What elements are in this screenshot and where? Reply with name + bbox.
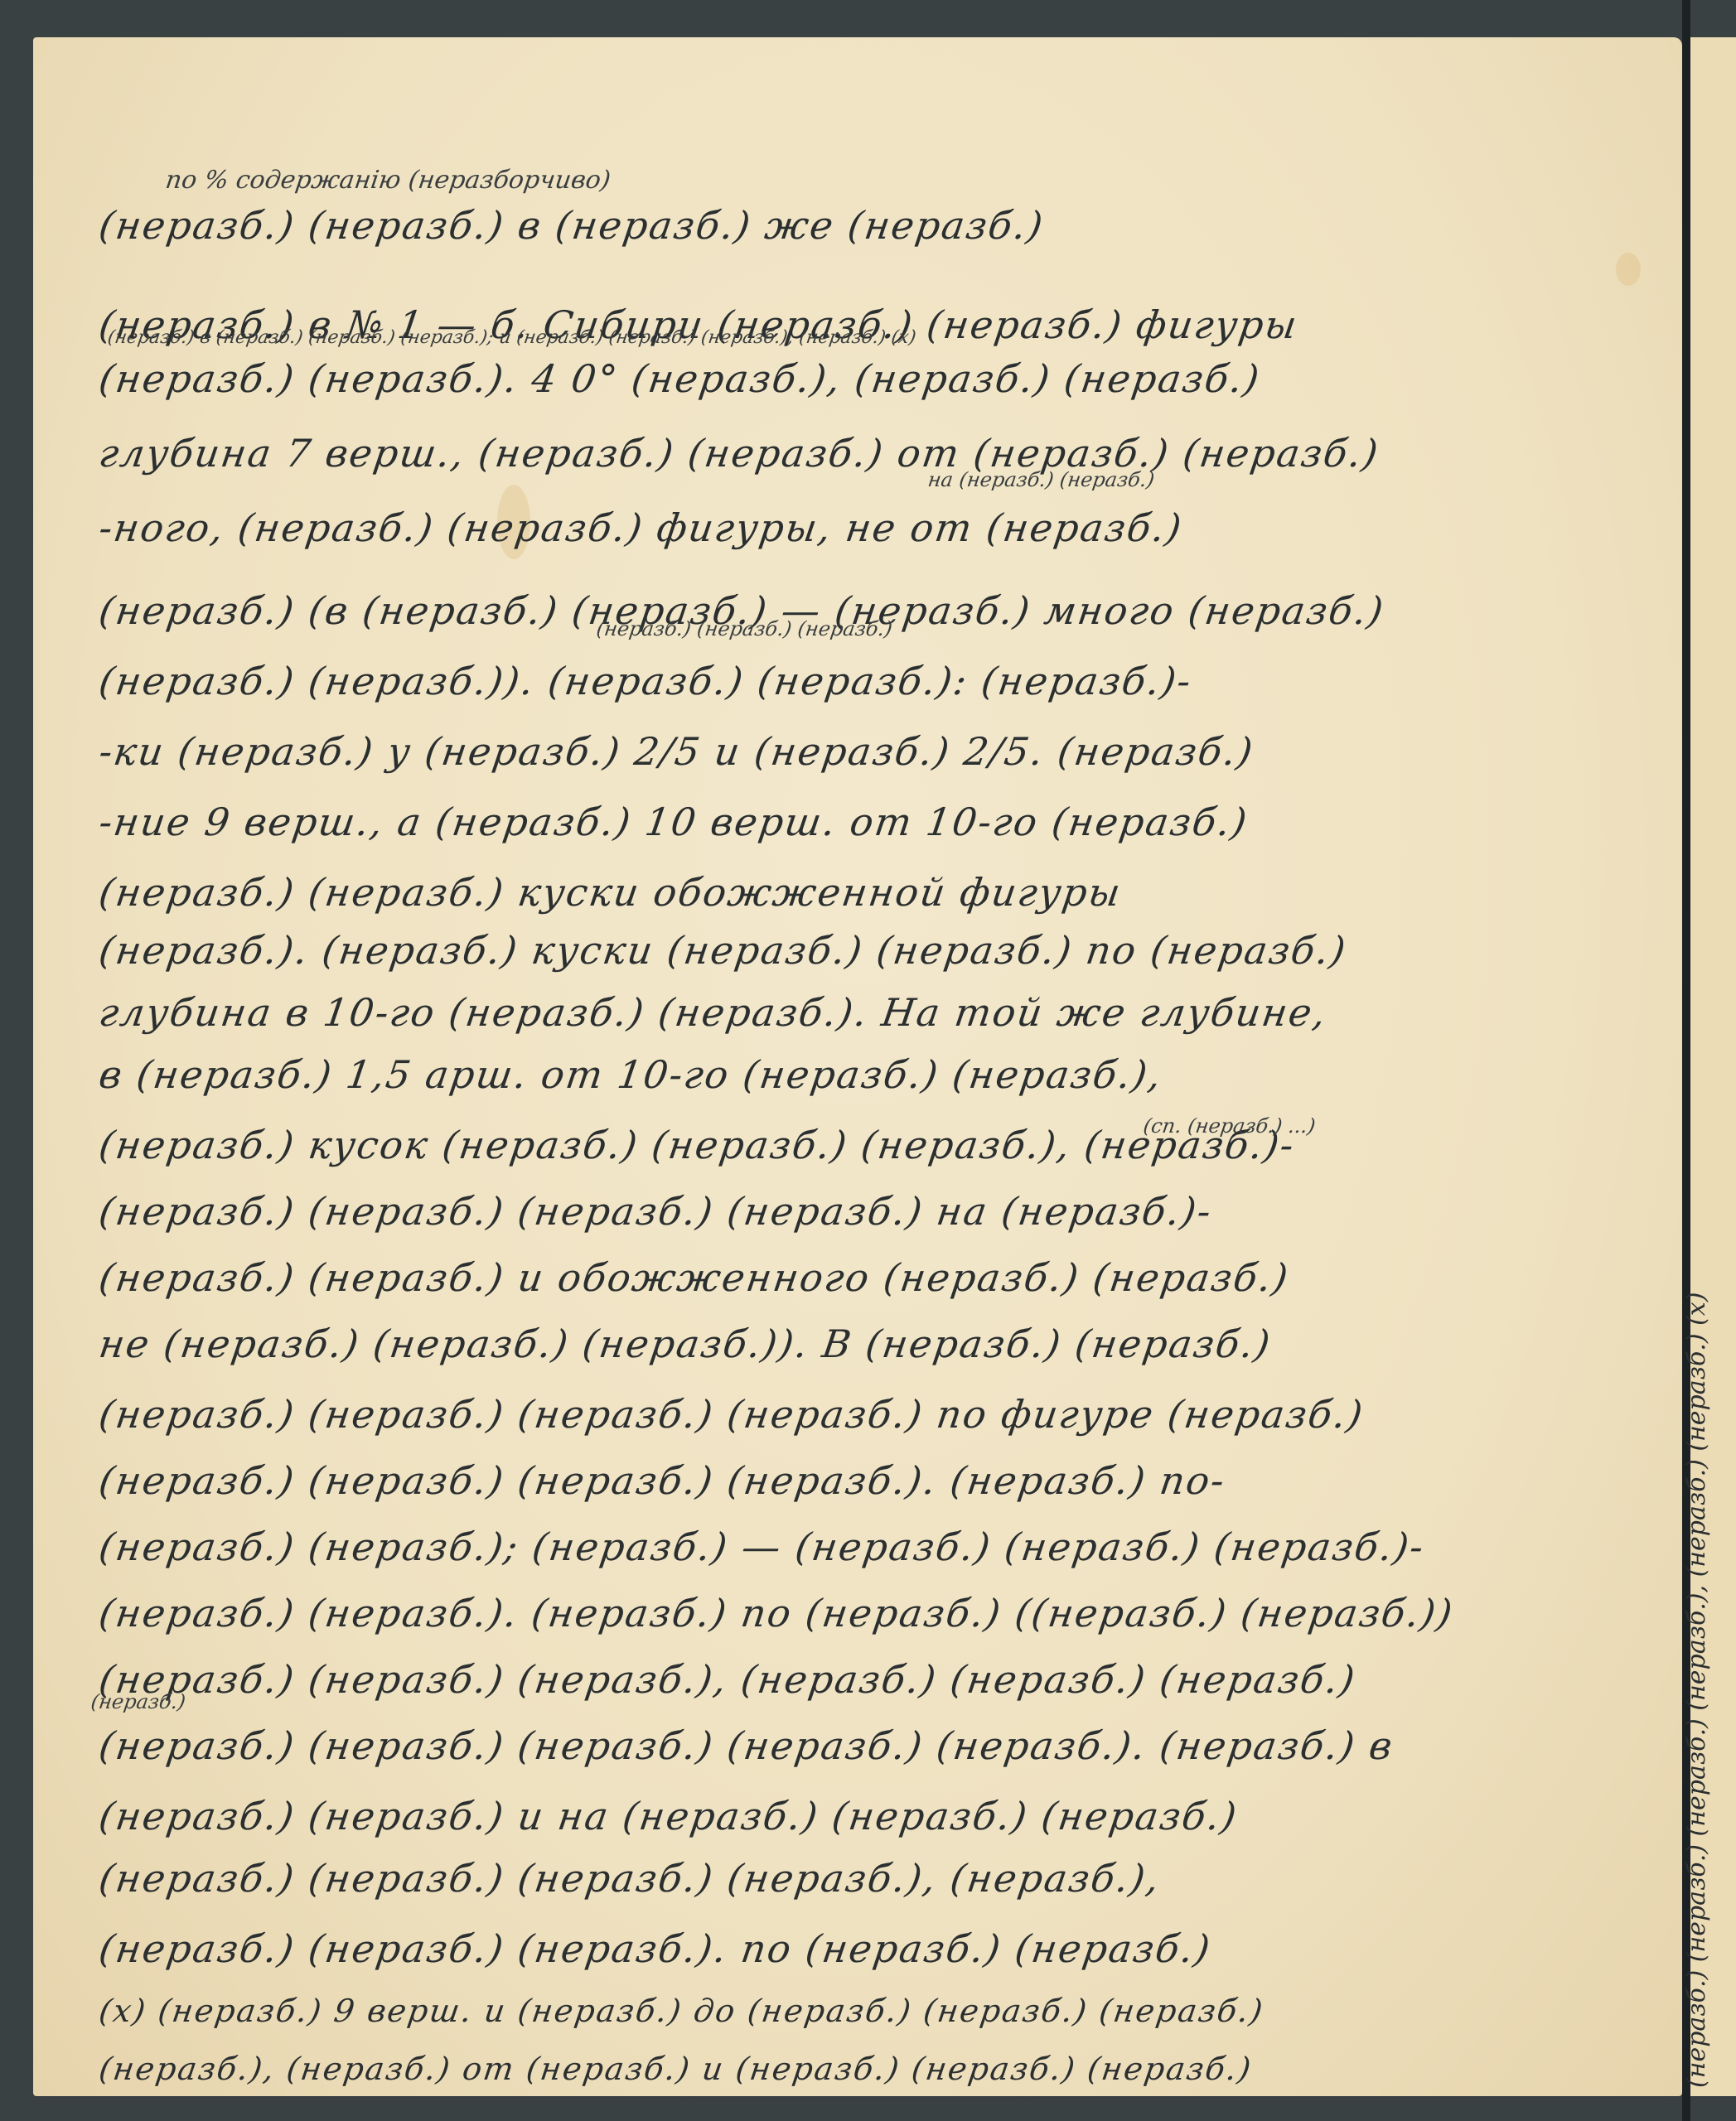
- manuscript-line: (неразб.) (неразб.); (неразб.) — (неразб…: [96, 1524, 1428, 1569]
- manuscript-line: (неразб.) (неразб.) (неразб.) (неразб.) …: [96, 1189, 1215, 1234]
- manuscript-line: (неразб.) (неразб.) в (неразб.) же (нера…: [96, 203, 1047, 248]
- manuscript-line: -ние 9 верш., а (неразб.) 10 верш. от 10…: [96, 800, 1250, 844]
- interlinear-note: на (неразб.) (неразб.): [926, 468, 1156, 491]
- interlinear-note: (неразб.): [89, 1690, 187, 1713]
- manuscript-line: глубина 7 верш., (неразб.) (неразб.) от …: [96, 431, 1382, 476]
- manuscript-line: (неразб.) (неразб.) куски обожженной фиг…: [96, 870, 1124, 915]
- manuscript-line: -ного, (неразб.) (неразб.) фигуры, не от…: [96, 505, 1186, 550]
- manuscript-line: (неразб.) (неразб.) (неразб.), (неразб.)…: [96, 1657, 1359, 1702]
- manuscript-line: (неразб.) (неразб.) (неразб.) (неразб.) …: [96, 1392, 1366, 1437]
- manuscript-line: (неразб.) (неразб.) (неразб.) (неразб.) …: [96, 1723, 1396, 1768]
- manuscript-line: глубина в 10-го (неразб.) (неразб.). На …: [96, 990, 1330, 1035]
- vertical-margin-note: (неразб.) (неразб.) (неразб.) (неразб.),…: [1682, 1292, 1711, 2088]
- manuscript-line: (неразб.) (неразб.) и на (неразб.) (нера…: [96, 1794, 1240, 1838]
- insertion-top: по % содержанію (неразборчиво): [164, 166, 612, 195]
- manuscript-line: (неразб.) (неразб.) и обожженного (нераз…: [96, 1255, 1292, 1300]
- manuscript-line: (неразб.), (неразб.) от (неразб.) и (нер…: [97, 2051, 1255, 2087]
- manuscript-line: (неразб.) (неразб.) (неразб.) (неразб.).…: [96, 1458, 1229, 1503]
- manuscript-line: (неразб.) (неразб.) (неразб.) (неразб.),…: [96, 1856, 1163, 1901]
- paper-stain: [1616, 253, 1641, 286]
- manuscript-line: не (неразб.) (неразб.) (неразб.)). В (не…: [96, 1321, 1274, 1366]
- interlinear-note: (сп. (неразб.) ...): [1142, 1114, 1317, 1138]
- manuscript-line: (неразб.) кусок (неразб.) (неразб.) (нер…: [96, 1123, 1298, 1167]
- manuscript-line: (неразб.) (неразб.)). (неразб.) (неразб.…: [96, 659, 1195, 703]
- manuscript-line: в (неразб.) 1,5 арш. от 10-го (неразб.) …: [96, 1052, 1165, 1097]
- manuscript-line: (неразб.) (неразб.). 4 0° (неразб.), (не…: [96, 356, 1263, 401]
- manuscript-line: -ки (неразб.) у (неразб.) 2/5 и (неразб.…: [96, 729, 1256, 774]
- interlinear-note: (неразб.) в (неразб.) (неразб.) (неразб.…: [106, 327, 917, 348]
- interlinear-note: (неразб.) (неразб.) (неразб.): [595, 617, 894, 640]
- manuscript-line: (х) (неразб.) 9 верш. и (неразб.) до (не…: [97, 1993, 1266, 2029]
- manuscript-line: (неразб.). (неразб.) куски (неразб.) (не…: [96, 928, 1350, 973]
- manuscript-line: (неразб.) (неразб.) (неразб.). по (нераз…: [96, 1926, 1214, 1971]
- manuscript-line: (неразб.) (неразб.). (неразб.) по (нераз…: [96, 1591, 1457, 1635]
